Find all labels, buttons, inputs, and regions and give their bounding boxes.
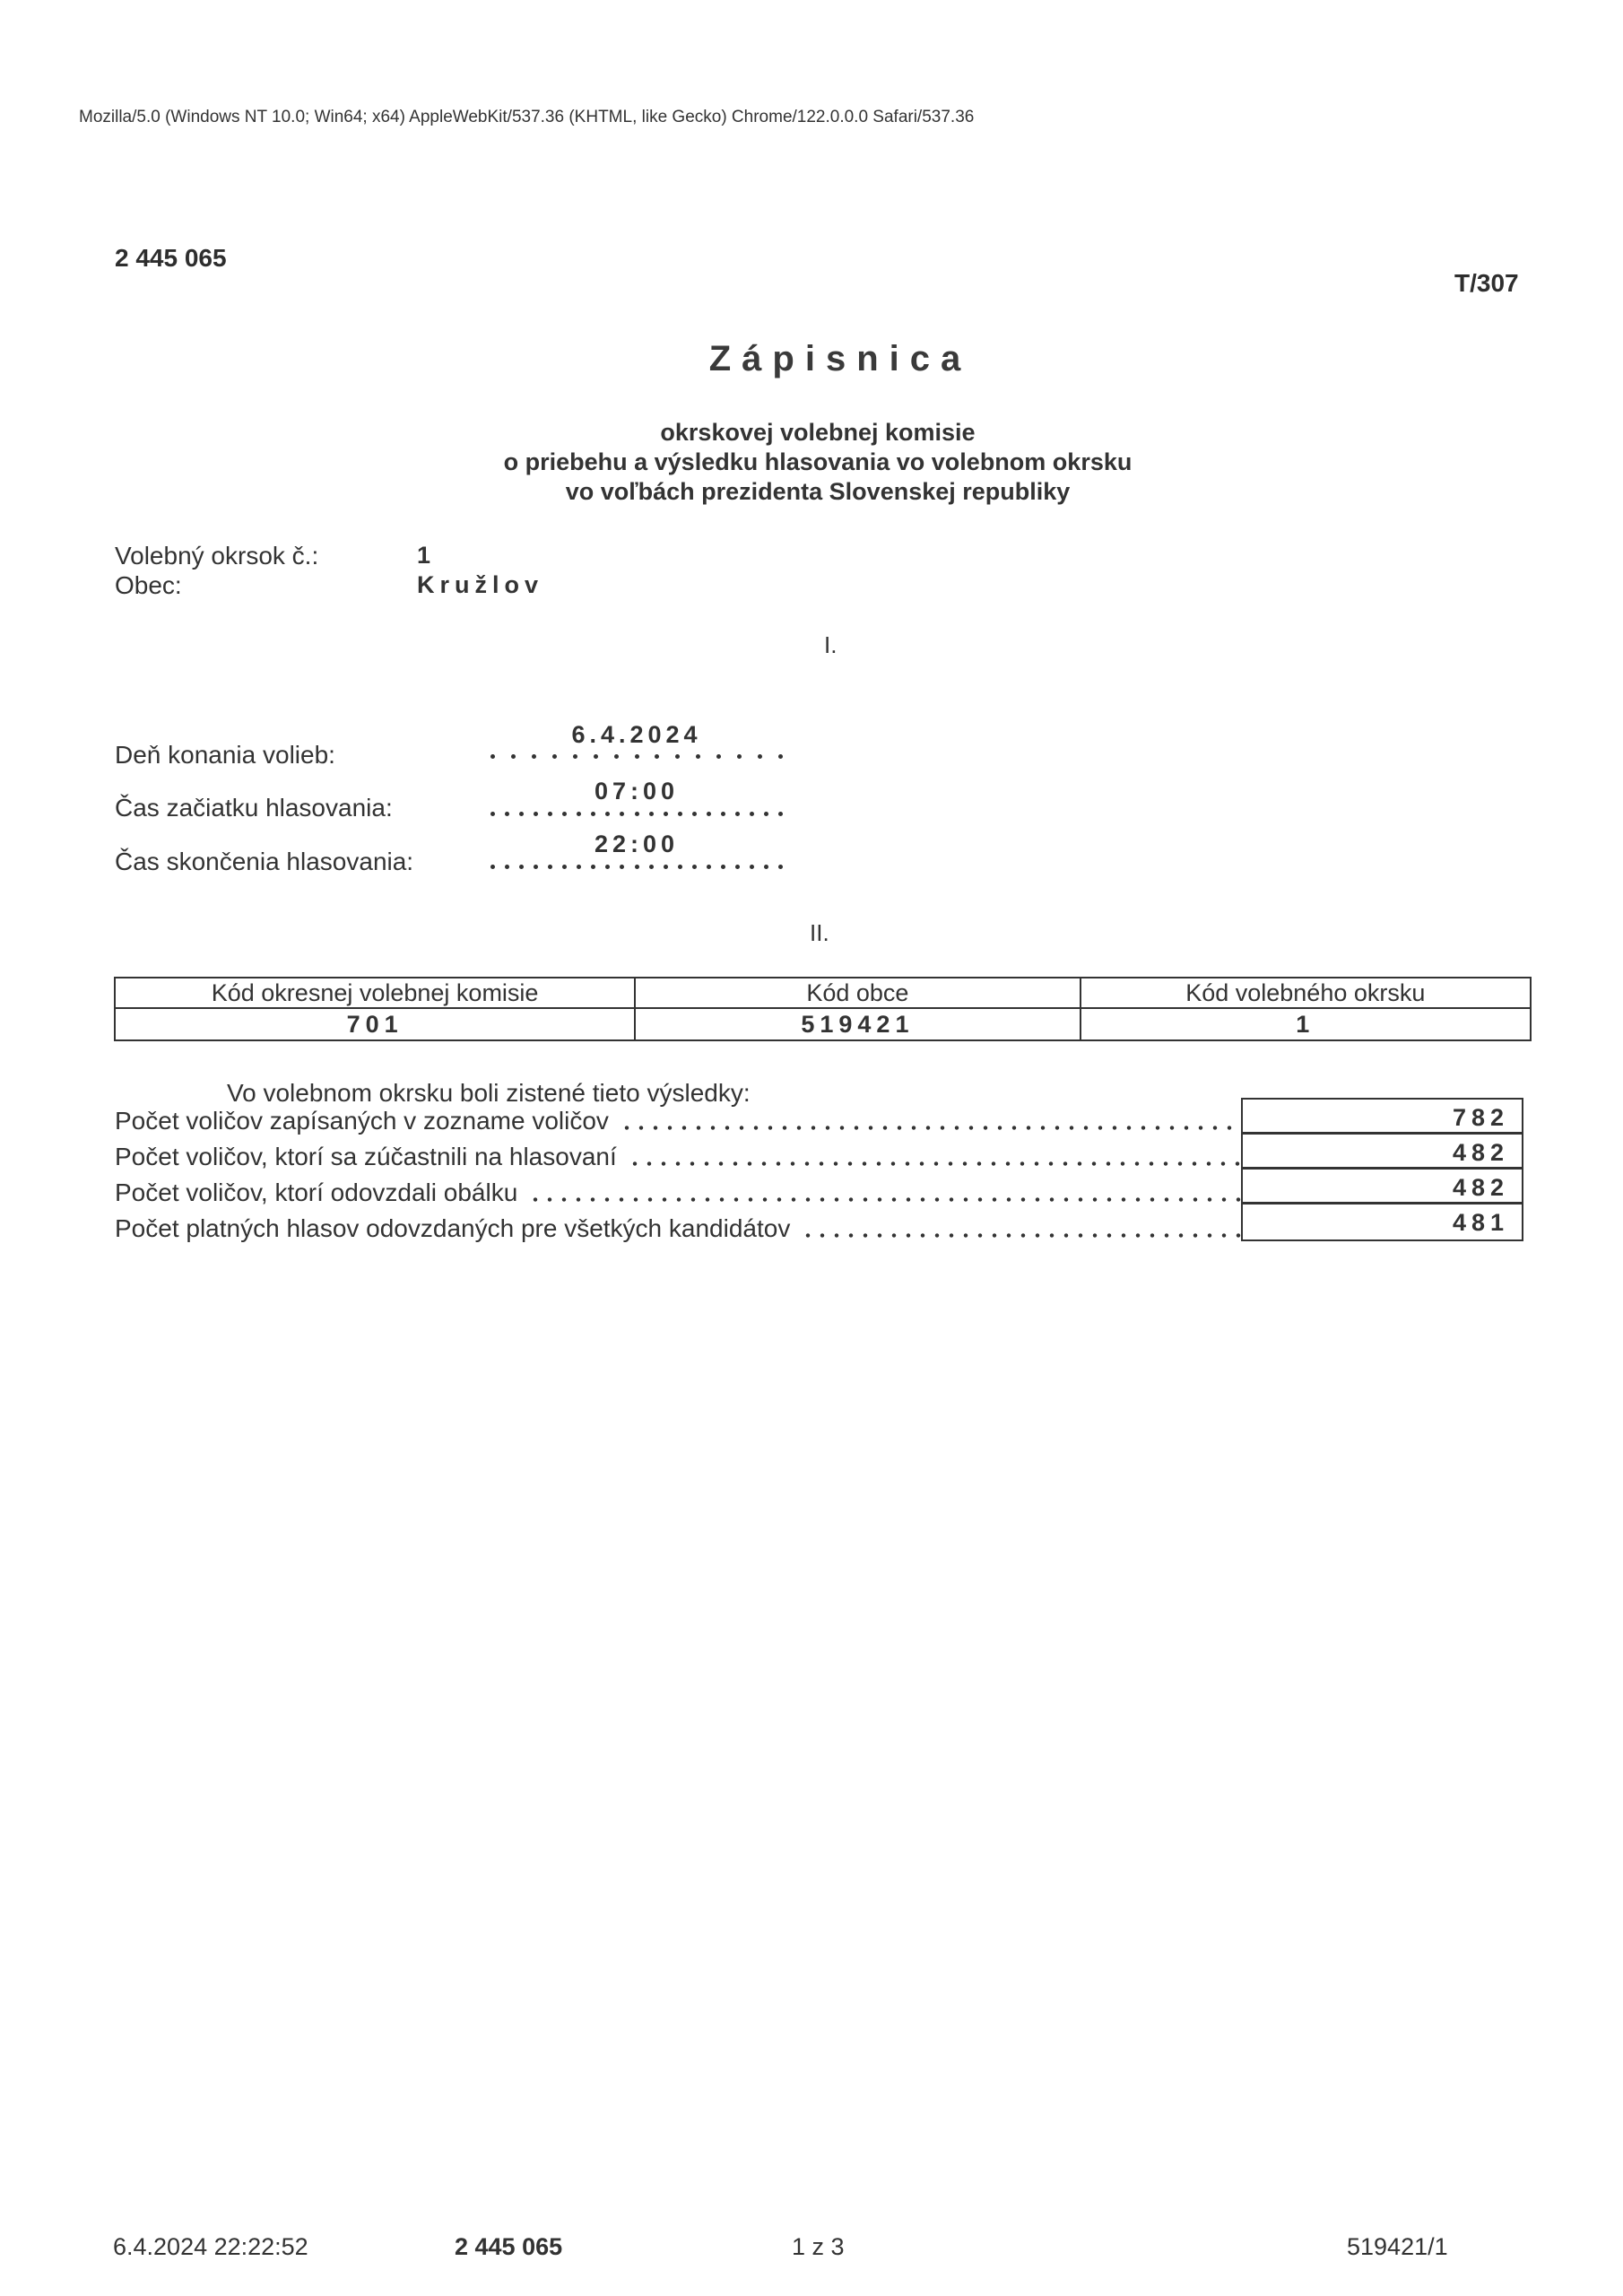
document-title: Zápisnica <box>0 339 1623 379</box>
header-precinct-code: Kód volebného okrsku <box>1081 978 1531 1008</box>
municipality-code: 519421 <box>635 1008 1080 1040</box>
voting-end-value: 22:00 <box>490 831 783 858</box>
dotted-leader <box>628 1161 1241 1166</box>
codes-table-row: 701 519421 1 <box>115 1008 1531 1040</box>
codes-table: Kód okresnej volebnej komisie Kód obce K… <box>114 977 1532 1041</box>
section-one-heading: I. <box>824 631 837 659</box>
election-date-value: 6.4.2024 <box>490 721 783 749</box>
valid-votes-value: 481 <box>1243 1205 1522 1239</box>
district-value: 1 <box>417 542 436 570</box>
result-label: Počet platných hlasov odovzdaných pre vš… <box>115 1214 790 1243</box>
footer-document-number: 2 445 065 <box>455 2233 562 2261</box>
codes-table-header: Kód okresnej volebnej komisie Kód obce K… <box>115 978 1531 1008</box>
footer-timestamp: 6.4.2024 22:22:52 <box>113 2233 308 2261</box>
election-date-label: Deň konania volieb: <box>115 741 335 770</box>
registered-voters-value: 782 <box>1243 1100 1522 1135</box>
district-commission-code: 701 <box>115 1008 635 1040</box>
dotted-leader <box>620 1126 1241 1130</box>
footer-reference: 519421/1 <box>1347 2233 1448 2261</box>
subtitle-line: vo voľbách prezidenta Slovenskej republi… <box>0 477 1623 507</box>
result-row: Počet platných hlasov odovzdaných pre vš… <box>115 1207 1241 1243</box>
participating-voters-value: 482 <box>1243 1135 1522 1170</box>
header-municipality-code: Kód obce <box>635 978 1080 1008</box>
dotted-line <box>490 754 783 760</box>
header-district-commission-code: Kód okresnej volebnej komisie <box>115 978 635 1008</box>
voting-start-value: 07:00 <box>490 778 783 805</box>
district-label: Volebný okrsok č.: <box>115 542 318 570</box>
document-number: 2 445 065 <box>115 244 227 273</box>
result-label: Počet voličov zapísaných v zozname volič… <box>115 1107 609 1135</box>
form-code: T/307 <box>1454 269 1519 298</box>
browser-user-agent: Mozilla/5.0 (Windows NT 10.0; Win64; x64… <box>79 108 974 127</box>
precinct-code: 1 <box>1081 1008 1531 1040</box>
municipality-value: Kružlov <box>417 571 543 599</box>
voting-start-label: Čas začiatku hlasovania: <box>115 794 393 822</box>
envelopes-submitted-value: 482 <box>1243 1170 1522 1205</box>
voting-end-label: Čas skončenia hlasovania: <box>115 848 413 876</box>
result-label: Počet voličov, ktorí sa zúčastnili na hl… <box>115 1143 617 1171</box>
result-row: Počet voličov zapísaných v zozname volič… <box>115 1100 1241 1135</box>
result-row: Počet voličov, ktorí odovzdali obálku <box>115 1171 1241 1207</box>
section-two-heading: II. <box>810 919 829 947</box>
document-subtitle: okrskovej volebnej komisie o priebehu a … <box>0 418 1623 507</box>
subtitle-line: okrskovej volebnej komisie <box>0 418 1623 448</box>
result-row: Počet voličov, ktorí sa zúčastnili na hl… <box>115 1135 1241 1171</box>
result-label: Počet voličov, ktorí odovzdali obálku <box>115 1178 517 1207</box>
results-value-box: 782 482 482 481 <box>1241 1098 1523 1241</box>
dotted-leader <box>528 1197 1241 1202</box>
dotted-leader <box>801 1233 1241 1238</box>
dotted-line <box>490 812 783 817</box>
municipality-label: Obec: <box>115 571 182 600</box>
dotted-line <box>490 865 783 870</box>
subtitle-line: o priebehu a výsledku hlasovania vo vole… <box>0 448 1623 477</box>
footer-page-number: 1 z 3 <box>792 2233 845 2261</box>
